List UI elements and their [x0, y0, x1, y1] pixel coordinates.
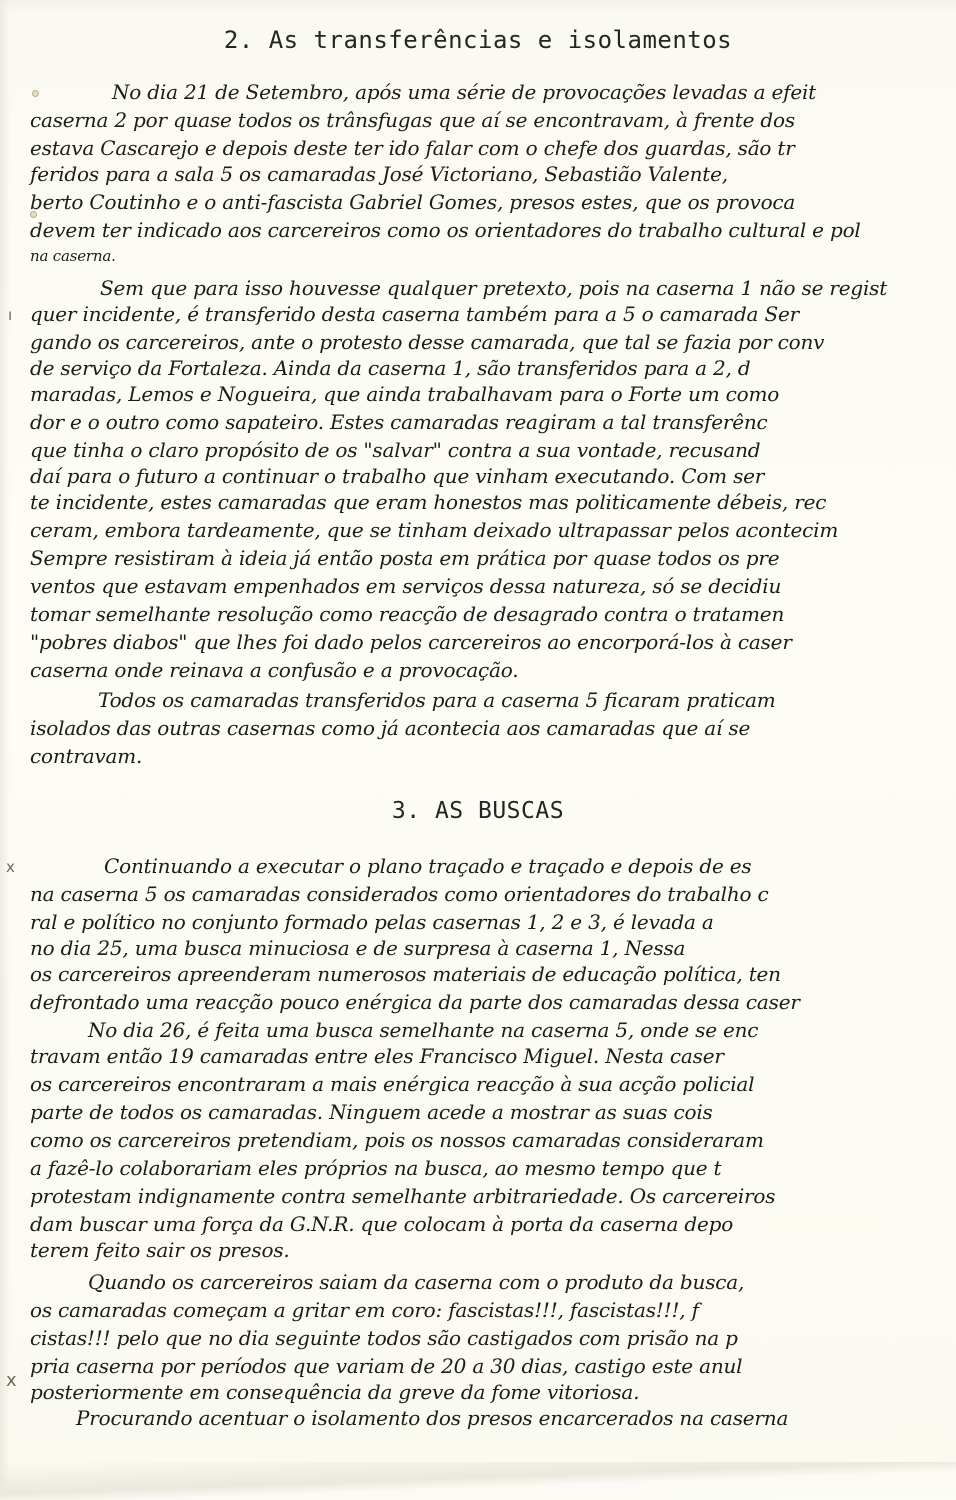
text-line: gando os carcereiros, ante o protesto de…: [30, 330, 824, 354]
text-line: como os carcereiros pretendiam, pois os …: [30, 1128, 764, 1152]
text-line: isolados das outras casernas como já aco…: [30, 716, 750, 740]
text-line: os camaradas começam a gritar em coro: f…: [30, 1298, 699, 1322]
margin-x-mark: x: [6, 1370, 17, 1391]
text-line: dor e o outro como sapateiro. Estes cama…: [30, 410, 768, 434]
text-line: pria caserna por períodos que variam de …: [30, 1354, 742, 1378]
text-line: Procurando acentuar o isolamento dos pre…: [76, 1406, 788, 1430]
text-line: na caserna 5 os camaradas considerados c…: [30, 882, 769, 906]
text-line: Continuando a executar o plano traçado e…: [104, 854, 752, 878]
text-line: "pobres diabos" que lhes foi dado pelos …: [30, 630, 792, 654]
text-line: travam então 19 camaradas entre eles Fra…: [30, 1044, 724, 1068]
text-line: berto Coutinho e o anti-fascista Gabriel…: [30, 190, 795, 214]
text-line: que tinha o claro propósito de os "salva…: [30, 438, 760, 462]
text-line: contravam.: [30, 744, 142, 768]
paper-left-edge: [0, 0, 10, 1500]
text-line: Sem que para isso houvesse qualquer pret…: [100, 276, 887, 300]
text-line: Todos os camaradas transferidos para a c…: [98, 688, 776, 712]
text-line: quer incidente, é transferido desta case…: [30, 302, 799, 326]
text-line: no dia 25, uma busca minuciosa e de surp…: [30, 936, 685, 960]
text-line: ral e político no conjunto formado pelas…: [30, 910, 714, 934]
text-line: protestam indignamente contra semelhante…: [30, 1184, 775, 1208]
text-line: No dia 26, é feita uma busca semelhante …: [88, 1018, 758, 1042]
text-line: os carcereiros encontraram a mais enérgi…: [30, 1072, 754, 1096]
margin-dot-icon: [32, 90, 39, 97]
text-line: na caserna.: [30, 244, 116, 268]
text-line: tomar semelhante resolução como reacção …: [30, 602, 784, 626]
text-line: posteriormente em consequência da greve …: [30, 1380, 639, 1404]
text-line: Sempre resistiram à ideia já então posta…: [30, 546, 779, 570]
text-line: caserna 2 por quase todos os trânsfugas …: [30, 108, 795, 132]
text-line: ceram, embora tardeamente, que se tinham…: [30, 518, 838, 542]
section-heading-transferencias: 2. As transferências e isolamentos: [0, 26, 956, 54]
text-line: cistas!!! pelo que no dia seguinte todos…: [30, 1326, 738, 1350]
margin-tick-mark: ı: [8, 306, 12, 324]
paper-top-edge: [0, 0, 956, 14]
text-line: daí para o futuro a continuar o trabalho…: [30, 464, 764, 488]
text-line: os carcereiros apreenderam numerosos mat…: [30, 962, 781, 986]
text-line: dam buscar uma força da G.N.R. que coloc…: [30, 1212, 733, 1236]
text-line: caserna onde reinava a confusão e a prov…: [30, 658, 518, 682]
text-line: te incidente, estes camaradas que eram h…: [30, 490, 826, 514]
text-line: terem feito sair os presos.: [30, 1238, 290, 1262]
margin-x-mark: x: [6, 858, 15, 876]
text-line: de serviço da Fortaleza. Ainda da casern…: [30, 356, 750, 380]
text-line: Quando os carcereiros saiam da caserna c…: [88, 1270, 744, 1294]
paper-bottom-edge: [0, 1462, 956, 1500]
text-line: maradas, Lemos e Nogueira, que ainda tra…: [30, 382, 779, 406]
text-line: feridos para a sala 5 os camaradas José …: [30, 162, 728, 186]
text-line: estava Cascarejo e depois deste ter ido …: [30, 136, 795, 160]
text-line: ventos que estavam empenhados em serviço…: [30, 574, 781, 598]
text-line: parte de todos os camaradas. Ninguem ace…: [30, 1100, 713, 1124]
document-page: ı x x 2. As transferências e isolamentos…: [0, 0, 956, 1500]
text-line: a fazê-lo colaborariam eles próprios na …: [30, 1156, 721, 1180]
section-heading-buscas: 3. AS BUSCAS: [0, 798, 956, 824]
text-line: defrontado uma reacção pouco enérgica da…: [30, 990, 800, 1014]
text-line: No dia 21 de Setembro, após uma série de…: [112, 80, 816, 104]
text-line: devem ter indicado aos carcereiros como …: [30, 218, 861, 242]
